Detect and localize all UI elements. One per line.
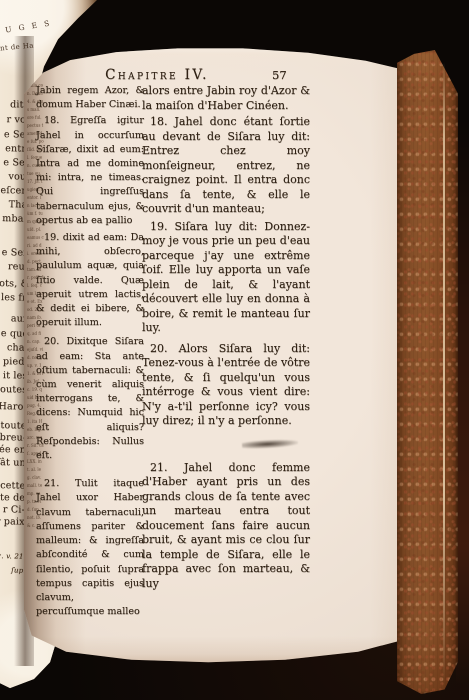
latin-verse-18: 18. Egreſſa igitur Jahel in occurſum Siſ… [36, 114, 144, 228]
page-number: 57 [272, 68, 287, 82]
chapter-heading: Chapitre IV. [86, 67, 228, 83]
french-verse-20: 20. Alors Siſara luy dit: Tenez-vous à l… [142, 342, 310, 429]
latin-verse-19: 19. dixit ad eam: Da mihi, obſecro, paul… [36, 231, 144, 330]
french-verse-17-continuation: alors entre Jabin roy d'Azor & la maiſon… [142, 84, 310, 113]
latin-verse-21: 21. Tulit itaque Jahel uxor Haber clavum… [36, 477, 144, 619]
book-photograph: U G E S nt de Ha dit à r voi. e Sei- ent… [0, 0, 469, 700]
fore-edge-highlight [443, 62, 445, 682]
french-verse-21: 21. Jahel donc femme d'Haber ayant pris … [142, 461, 310, 592]
french-verse-18: 18. Jahel donc étant ſortie au devant de… [142, 115, 310, 217]
book-page: nulla con. Deut. 4. & ejus mali. ore ful… [24, 44, 408, 666]
french-verse-19: 19. Siſara luy dit: Donnez-moy je vous p… [142, 220, 310, 336]
french-text-column: alors entre Jabin roy d'Azor & la maiſon… [142, 84, 310, 593]
latin-verse-20: 20. Dixitque Siſara ad eam: Sta ante oſt… [36, 335, 144, 463]
latin-text-column: Jabin regem Azor, & domum Haber Cinæi. 1… [36, 84, 144, 621]
latin-verse-17-continuation: Jabin regem Azor, & domum Haber Cinæi. [36, 84, 144, 112]
book-fore-edge [397, 50, 458, 694]
